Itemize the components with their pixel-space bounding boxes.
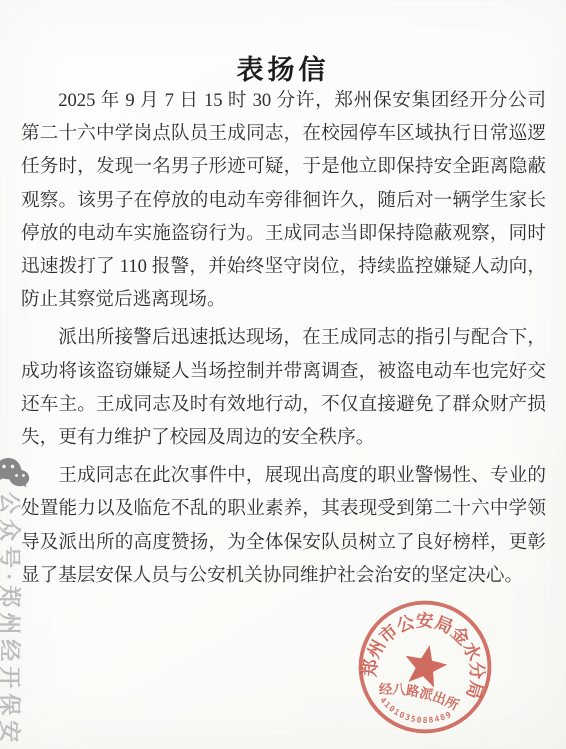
letter-body: 2025 年 9 月 7 日 15 时 30 分许，郑州保安集团经开分公司第二十… [21,84,546,597]
star-icon [400,641,450,689]
paragraph-1: 2025 年 9 月 7 日 15 时 30 分许，郑州保安集团经开分公司第二十… [21,84,546,316]
letter-title: 表扬信 [0,48,566,87]
paragraph-3: 王成同志在此次事件中，展现出高度的职业警惕性、专业的处置能力以及临危不乱的职业素… [21,459,546,592]
official-seal: 郑州市公安局金水分局 经八路派出所 4101035088489 [355,597,495,737]
letter-page: 表扬信 2025 年 9 月 7 日 15 时 30 分许，郑州保安集团经开分公… [0,0,566,749]
paragraph-2: 派出所接警后迅速抵达现场，在王成同志的指引与配合下，成功将该盗窃嫌疑人当场控制并… [21,321,546,454]
